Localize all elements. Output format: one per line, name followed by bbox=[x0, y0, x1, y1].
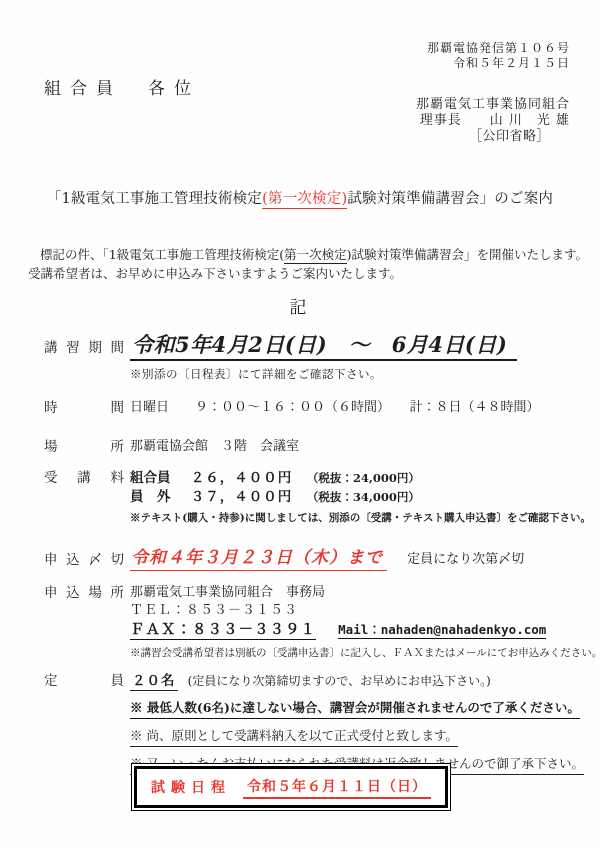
title-pre: 「1級電気工事施工管理技術検定 bbox=[47, 191, 262, 207]
apply-fax: ＦＡＸ：８３３－３３９１ bbox=[130, 621, 316, 640]
deadline-date: 令和４年３月２３日（木）まで bbox=[130, 547, 387, 571]
capacity-note-payment: ※ 尚、原則として受講料納入を以て正式受付と致します。 bbox=[130, 727, 592, 747]
issue-date: 令和５年２月１５日 bbox=[427, 56, 570, 71]
venue-value: 那覇電協会館 ３階 会議室 bbox=[130, 438, 592, 456]
course-period-note: ※別添の〔日程表〕にて詳細をご確認下さい。 bbox=[130, 365, 592, 383]
exam-schedule-date: 令和５年６月１１日（日） bbox=[243, 776, 431, 799]
capacity-paren: (定員になり次第締切ますので、お早めにお申込下さい。) bbox=[188, 674, 491, 688]
intro-text: 標記の件、「1級電気工事施工管理技術検定( bbox=[40, 247, 284, 262]
exam-schedule-box-inner: 試験日程 令和５年６月１１日（日） bbox=[134, 766, 448, 808]
reference-block: 那覇電協発信第１０６号 令和５年２月１５日 bbox=[427, 41, 570, 71]
fee-member-amount: ２６，４００円 bbox=[191, 470, 293, 486]
row-venue: 場所 那覇電協会館 ３階 会議室 bbox=[44, 438, 592, 456]
title-highlight-first-exam: (第一次検定) bbox=[262, 191, 347, 209]
notice-document: 那覇電協発信第１０６号 令和５年２月１５日 組合員 各位 那覇電気工事業協同組合… bbox=[0, 0, 600, 848]
fee-member-tax: （税抜：24,000円） bbox=[307, 471, 420, 485]
sender-organization: 那覇電気工事業協同組合 bbox=[416, 97, 570, 113]
detail-rows: 講習期間 令和5年4月2日(日) ～ 6月4日(日) ※別添の〔日程表〕にて詳細… bbox=[44, 332, 592, 775]
fee-nonmember-amount: ３７，４００円 bbox=[191, 489, 293, 505]
row-fee: 受講料 組合員 ２６，４００円 （税抜：24,000円） 員 外 ３７，４００円… bbox=[44, 469, 592, 527]
reference-number: 那覇電協発信第１０６号 bbox=[427, 41, 570, 56]
apply-mail-address: Mail：nahaden@nahadenkyo.com bbox=[338, 622, 546, 639]
row-capacity: 定員 ２０名 (定員になり次第締切ますので、お早めにお申込下さい。) ※ 最低人… bbox=[44, 672, 592, 775]
label-venue: 場所 bbox=[44, 438, 124, 456]
intro-text-line2: 受講希望者は、お早めに申込み下さいますようご案内いたします。 bbox=[28, 266, 402, 281]
intro-underlined-term: 第一次検定 bbox=[284, 247, 347, 264]
time-value: 日曜日 ９：００～１６：００（６時間） 計：８日（４８時間） bbox=[130, 399, 592, 417]
exam-schedule-box: 試験日程 令和５年６月１１日（日） bbox=[131, 763, 451, 811]
label-capacity: 定員 bbox=[44, 672, 124, 690]
capacity-line: ２０名 (定員になり次第締切ますので、お早めにお申込下さい。) bbox=[130, 672, 592, 691]
title-post: 試験対策準備講習会」のご案内 bbox=[347, 191, 553, 207]
seal-omitted-note: ［公印省略］ bbox=[416, 129, 570, 145]
document-title: 「1級電気工事施工管理技術検定(第一次検定)試験対策準備講習会」のご案内 bbox=[0, 187, 600, 208]
fee-nonmember-name: 員 外 bbox=[130, 488, 186, 507]
row-time: 時間 日曜日 ９：００～１６：００（６時間） 計：８日（４８時間） bbox=[44, 399, 592, 417]
sender-block: 那覇電気工事業協同組合 理事長 山 川 光 雄 ［公印省略］ bbox=[416, 97, 570, 145]
label-deadline: 申込〆切 bbox=[44, 547, 124, 569]
fee-textbook-note: ※テキスト(購入・持参)に関しましては、別添の〔受講・テキスト購入申込書〕をご確… bbox=[130, 509, 592, 527]
sender-president: 理事長 山 川 光 雄 bbox=[416, 113, 570, 129]
intro-text-cont: )試験対策準備講習会」を開催いたします。 bbox=[347, 247, 588, 262]
fee-nonmember-line: 員 外 ３７，４００円 （税抜：34,000円） bbox=[130, 488, 592, 507]
apply-tel: ＴＥＬ：８５３－３１５３ bbox=[130, 602, 600, 619]
course-period-dates: 令和5年4月2日(日) ～ 6月4日(日) bbox=[130, 332, 517, 361]
intro-paragraph: 標記の件、「1級電気工事施工管理技術検定(第一次検定)試験対策準備講習会」を開催… bbox=[28, 245, 588, 283]
fee-nonmember-tax: （税抜：34,000円） bbox=[307, 490, 420, 504]
capacity-count: ２０名 bbox=[130, 673, 178, 691]
deadline-suffix: 定員になり次第〆切 bbox=[407, 552, 524, 567]
row-deadline: 申込〆切 令和４年３月２３日（木）まで 定員になり次第〆切 bbox=[44, 547, 592, 571]
recipient-line: 組合員 各位 bbox=[44, 74, 200, 99]
label-fee: 受講料 bbox=[44, 469, 124, 487]
row-course-period: 講習期間 令和5年4月2日(日) ～ 6月4日(日) ※別添の〔日程表〕にて詳細… bbox=[44, 332, 592, 383]
exam-schedule-label: 試験日程 bbox=[151, 777, 231, 797]
fee-member-line: 組合員 ２６，４００円 （税抜：24,000円） bbox=[130, 469, 592, 488]
apply-office: 那覇電気工事業協同組合 事務局 bbox=[130, 584, 600, 601]
row-apply-place: 申込場所 那覇電気工事業協同組合 事務局 ＴＥＬ：８５３－３１５３ ＦＡＸ：８３… bbox=[44, 584, 592, 662]
ki-heading: 記 bbox=[0, 293, 600, 318]
apply-note: ※講習会受講希望者は別紙の〔受講申込書〕に記入し、ＦＡＸまたはメールにてお申込み… bbox=[130, 644, 600, 662]
fee-member-name: 組合員 bbox=[130, 469, 186, 488]
label-course-period: 講習期間 bbox=[44, 332, 124, 357]
label-time: 時間 bbox=[44, 399, 124, 417]
label-apply-place: 申込場所 bbox=[44, 584, 124, 602]
capacity-note-minimum: ※ 最低人数(6名)に達しない場合、講習会が開催されませんので了承ください。 bbox=[130, 699, 592, 719]
